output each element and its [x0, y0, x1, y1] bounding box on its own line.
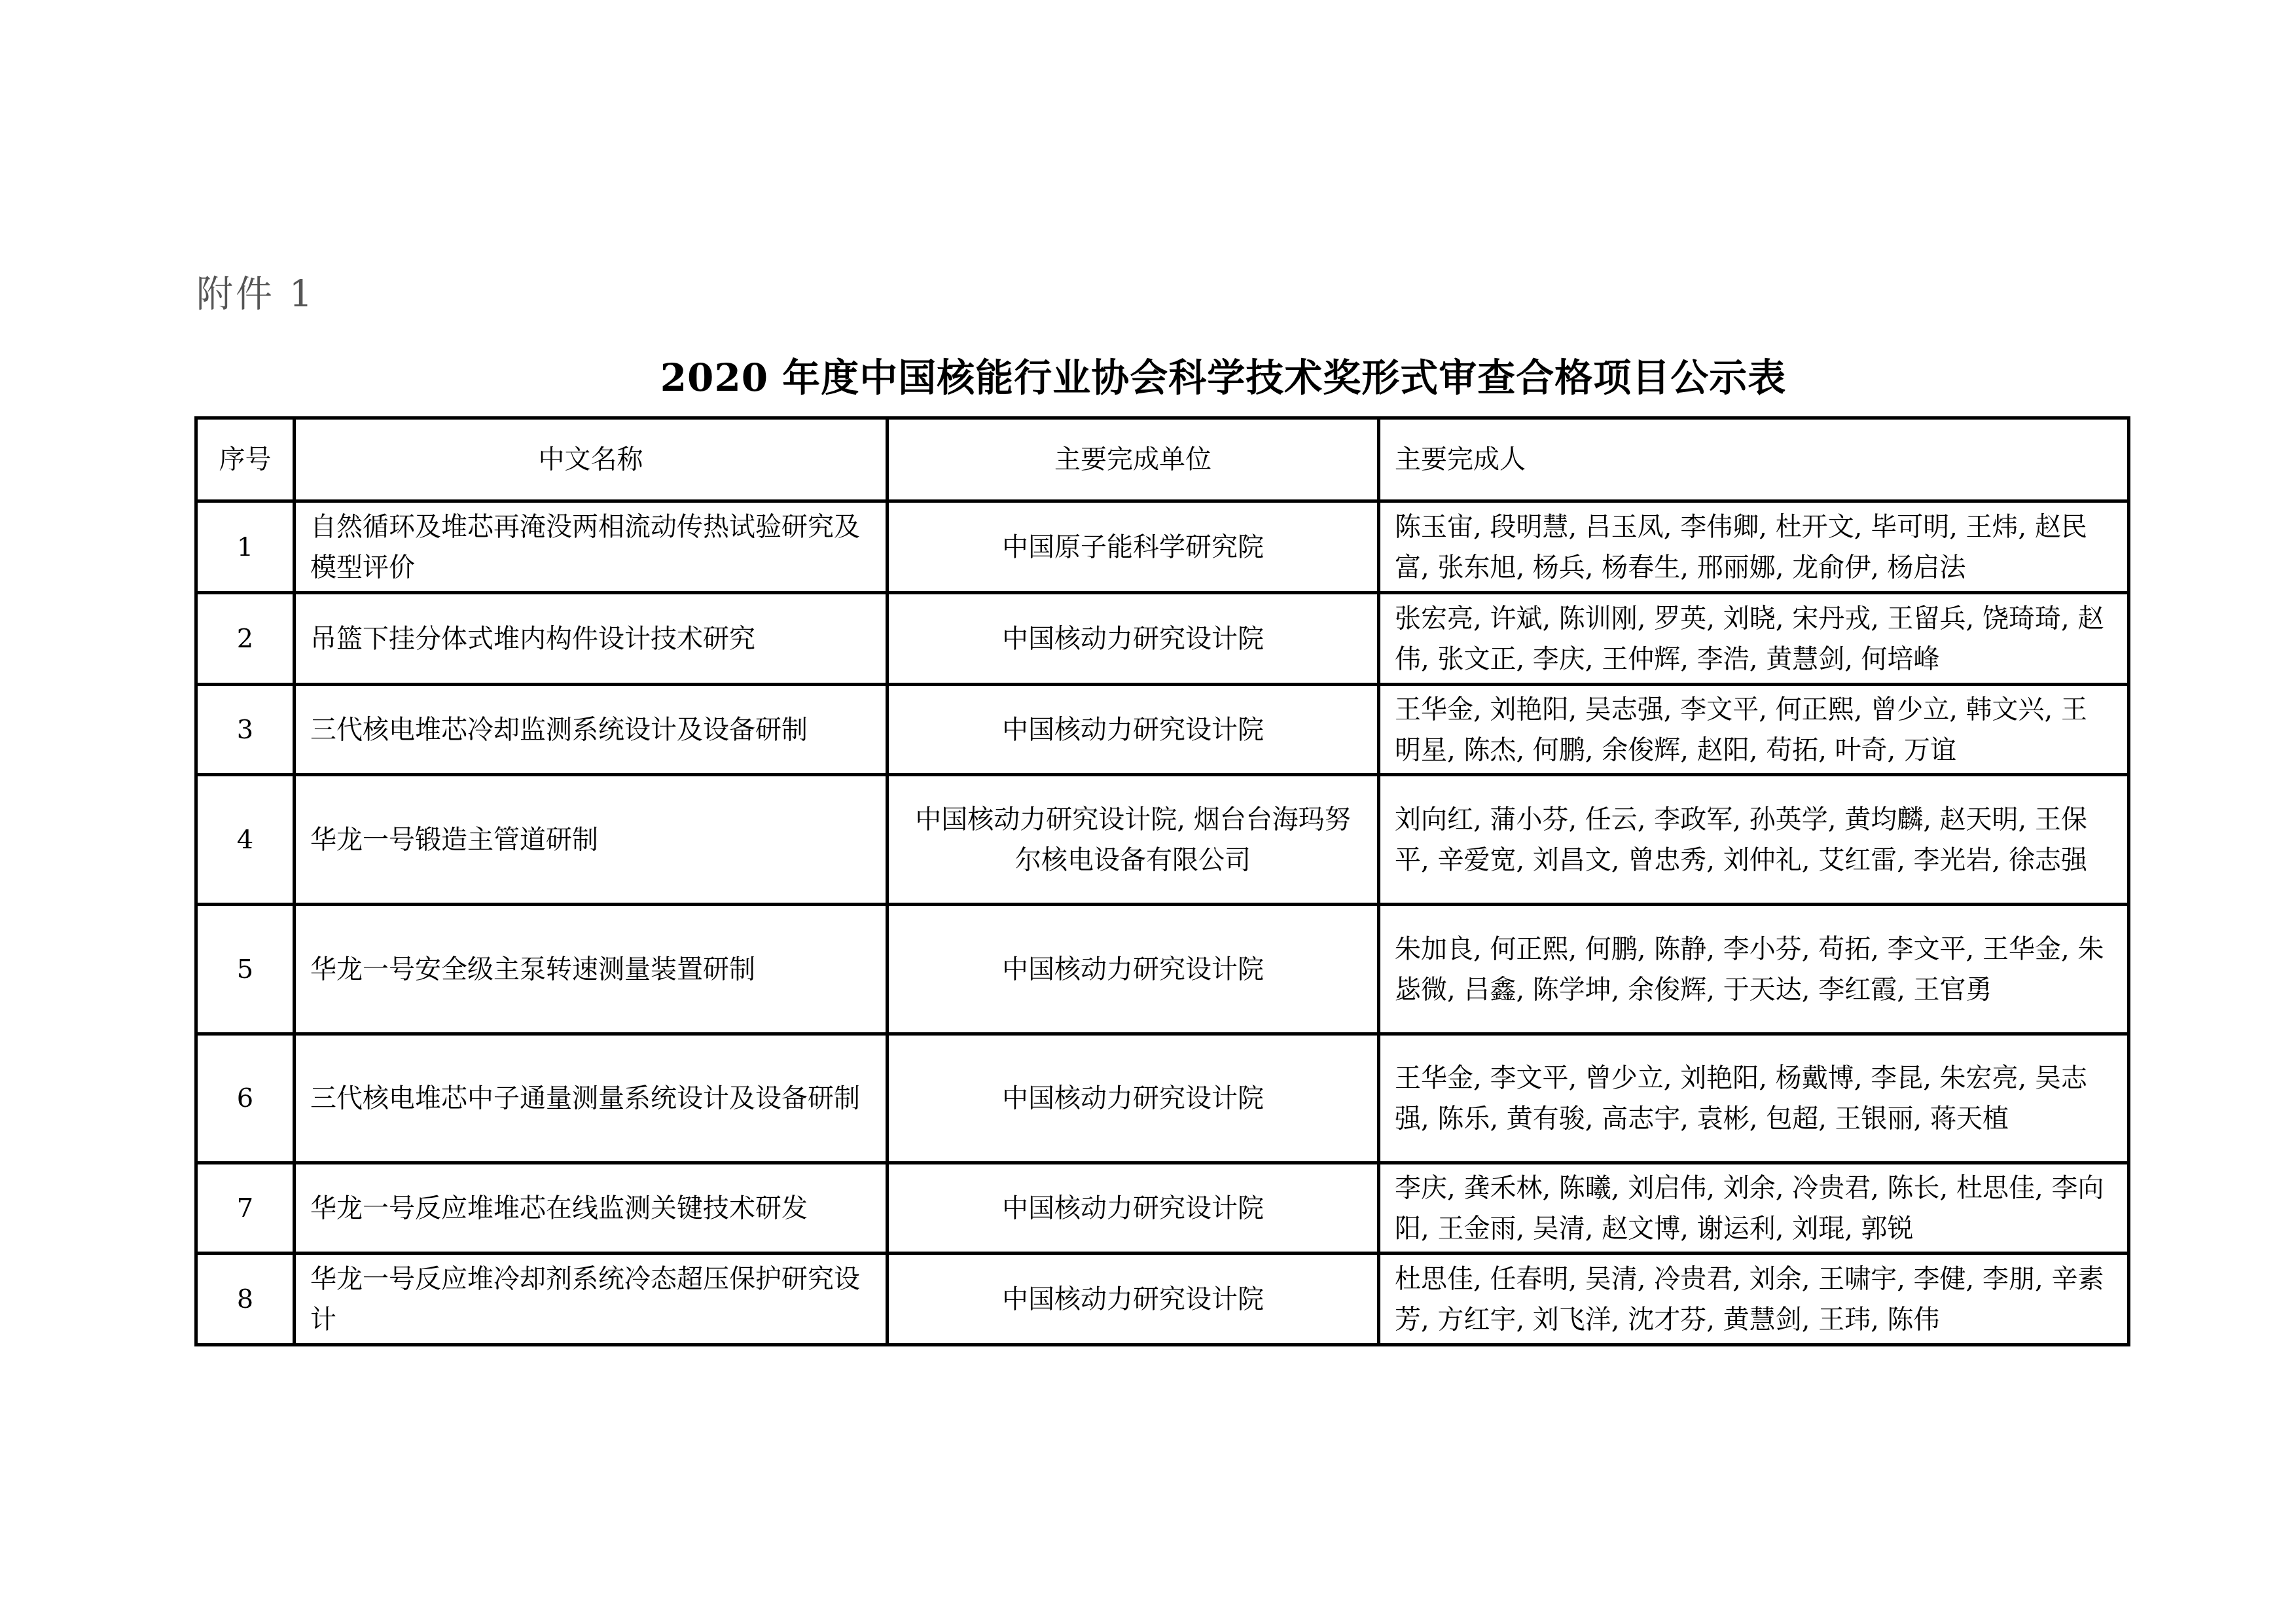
row-project-name: 三代核电堆芯冷却监测系统设计及设备研制	[295, 685, 888, 775]
award-table: 序号 中文名称 主要完成单位 主要完成人 1 自然循环及堆芯再淹没两相流动传热试…	[194, 416, 2130, 1346]
row-index: 1	[196, 501, 295, 593]
document-title: 2020 年度中国核能行业协会科学技术奖形式审查合格项目公示表	[0, 347, 2296, 402]
row-index: 5	[196, 905, 295, 1034]
row-project-name: 华龙一号反应堆堆芯在线监测关键技术研发	[295, 1163, 888, 1254]
row-people: 朱加良, 何正熙, 何鹏, 陈静, 李小芬, 苟拓, 李文平, 王华金, 朱毖微…	[1379, 905, 2129, 1034]
row-unit: 中国核动力研究设计院	[888, 1254, 1379, 1345]
row-people: 王华金, 李文平, 曾少立, 刘艳阳, 杨戴博, 李昆, 朱宏亮, 吴志强, 陈…	[1379, 1034, 2129, 1163]
row-people: 杜思佳, 任春明, 吴清, 冷贵君, 刘余, 王啸宇, 李健, 李朋, 辛素芳,…	[1379, 1254, 2129, 1345]
row-unit: 中国核动力研究设计院	[888, 685, 1379, 775]
row-unit: 中国核动力研究设计院	[888, 1163, 1379, 1254]
header-index: 序号	[196, 418, 295, 501]
row-index: 4	[196, 775, 295, 905]
table-row: 2 吊篮下挂分体式堆内构件设计技术研究 中国核动力研究设计院 张宏亮, 许斌, …	[196, 593, 2129, 685]
row-index: 6	[196, 1034, 295, 1163]
row-people: 王华金, 刘艳阳, 吴志强, 李文平, 何正熙, 曾少立, 韩文兴, 王明星, …	[1379, 685, 2129, 775]
row-index: 3	[196, 685, 295, 775]
row-index: 2	[196, 593, 295, 685]
row-people: 刘向红, 蒲小芬, 任云, 李政军, 孙英学, 黄均麟, 赵天明, 王保平, 辛…	[1379, 775, 2129, 905]
row-unit: 中国原子能科学研究院	[888, 501, 1379, 593]
row-unit: 中国核动力研究设计院	[888, 1034, 1379, 1163]
row-people: 陈玉宙, 段明慧, 吕玉凤, 李伟卿, 杜开文, 毕可明, 王炜, 赵民富, 张…	[1379, 501, 2129, 593]
row-index: 7	[196, 1163, 295, 1254]
header-unit: 主要完成单位	[888, 418, 1379, 501]
row-project-name: 自然循环及堆芯再淹没两相流动传热试验研究及模型评价	[295, 501, 888, 593]
row-unit: 中国核动力研究设计院	[888, 905, 1379, 1034]
header-project-name: 中文名称	[295, 418, 888, 501]
header-people: 主要完成人	[1379, 418, 2129, 501]
table-row: 8 华龙一号反应堆冷却剂系统冷态超压保护研究设计 中国核动力研究设计院 杜思佳,…	[196, 1254, 2129, 1345]
attachment-label: 附件 1	[196, 265, 315, 317]
table-row: 1 自然循环及堆芯再淹没两相流动传热试验研究及模型评价 中国原子能科学研究院 陈…	[196, 501, 2129, 593]
row-people: 李庆, 龚禾林, 陈曦, 刘启伟, 刘余, 冷贵君, 陈长, 杜思佳, 李向阳,…	[1379, 1163, 2129, 1254]
row-people: 张宏亮, 许斌, 陈训刚, 罗英, 刘晓, 宋丹戎, 王留兵, 饶琦琦, 赵伟,…	[1379, 593, 2129, 685]
row-project-name: 吊篮下挂分体式堆内构件设计技术研究	[295, 593, 888, 685]
row-index: 8	[196, 1254, 295, 1345]
row-project-name: 华龙一号反应堆冷却剂系统冷态超压保护研究设计	[295, 1254, 888, 1345]
table-row: 3 三代核电堆芯冷却监测系统设计及设备研制 中国核动力研究设计院 王华金, 刘艳…	[196, 685, 2129, 775]
table-row: 7 华龙一号反应堆堆芯在线监测关键技术研发 中国核动力研究设计院 李庆, 龚禾林…	[196, 1163, 2129, 1254]
table-row: 6 三代核电堆芯中子通量测量系统设计及设备研制 中国核动力研究设计院 王华金, …	[196, 1034, 2129, 1163]
table-row: 5 华龙一号安全级主泵转速测量装置研制 中国核动力研究设计院 朱加良, 何正熙,…	[196, 905, 2129, 1034]
table-row: 4 华龙一号锻造主管道研制 中国核动力研究设计院, 烟台台海玛努尔核电设备有限公…	[196, 775, 2129, 905]
table-header-row: 序号 中文名称 主要完成单位 主要完成人	[196, 418, 2129, 501]
row-project-name: 华龙一号安全级主泵转速测量装置研制	[295, 905, 888, 1034]
row-unit: 中国核动力研究设计院, 烟台台海玛努尔核电设备有限公司	[888, 775, 1379, 905]
row-unit: 中国核动力研究设计院	[888, 593, 1379, 685]
row-project-name: 华龙一号锻造主管道研制	[295, 775, 888, 905]
row-project-name: 三代核电堆芯中子通量测量系统设计及设备研制	[295, 1034, 888, 1163]
